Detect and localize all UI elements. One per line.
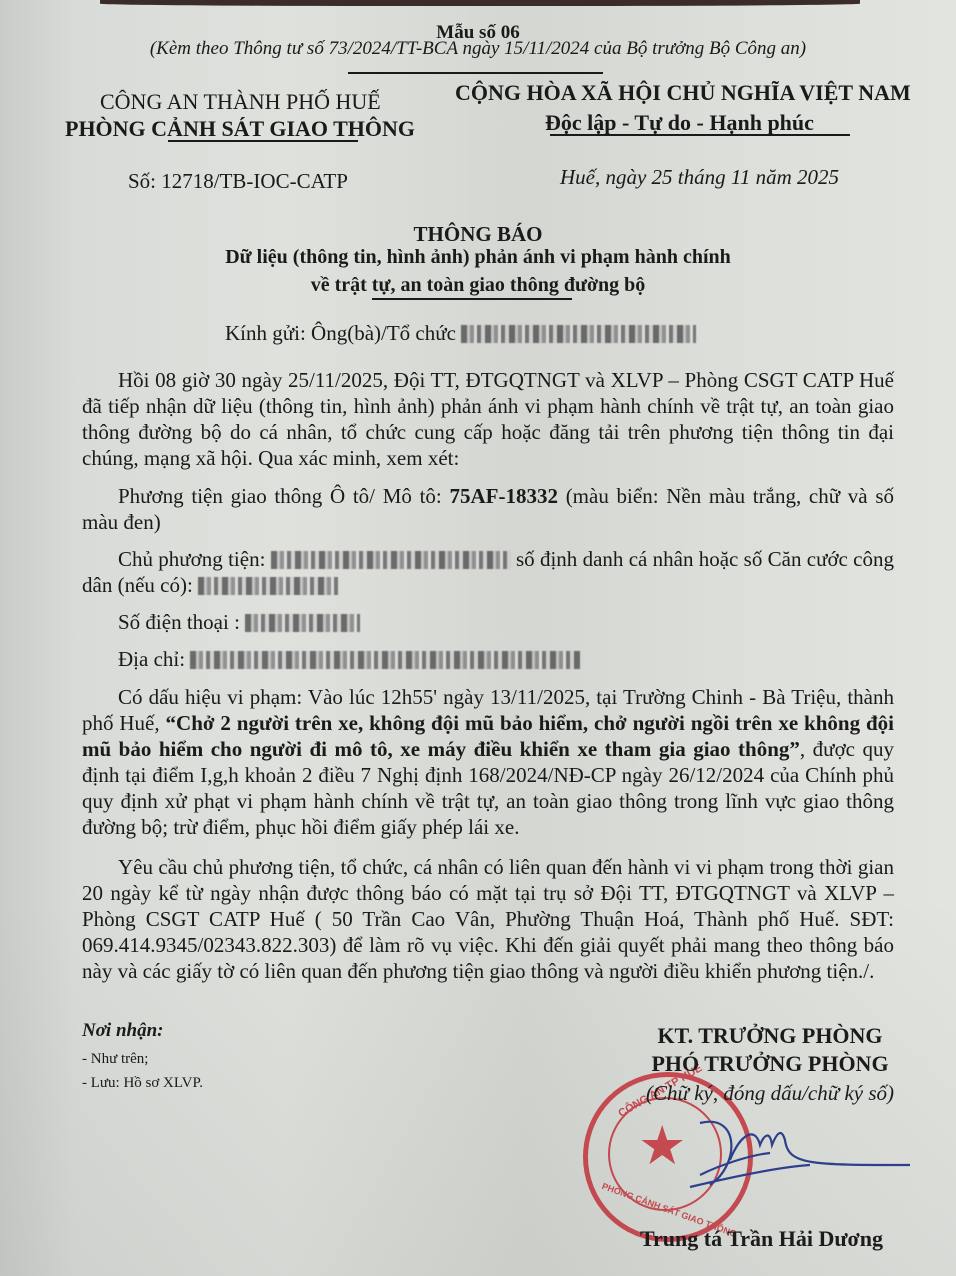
country-name: CỘNG HÒA XÃ HỘI CHỦ NGHĨA VIỆT NAM bbox=[455, 80, 911, 106]
phone-redacted bbox=[245, 614, 360, 632]
document-subtitle-2: về trật tự, an toàn giao thông đường bộ bbox=[0, 274, 956, 297]
request-paragraph: Yêu cầu chủ phương tiện, tổ chức, cá nhâ… bbox=[82, 854, 894, 984]
document-subtitle-1: Dữ liệu (thông tin, hình ảnh) phản ánh v… bbox=[0, 246, 956, 269]
vehicle-paragraph: Phương tiện giao thông Ô tô/ Mô tô: 75AF… bbox=[82, 483, 894, 535]
place-date: Huế, ngày 25 tháng 11 năm 2025 bbox=[560, 165, 839, 190]
recipient-item: - Lưu: Hồ sơ XLVP. bbox=[82, 1071, 203, 1095]
form-reference: (Kèm theo Thông tư số 73/2024/TT-BCA ngà… bbox=[0, 38, 956, 60]
recipient-line: Kính gửi: Ông(bà)/Tổ chức bbox=[225, 321, 696, 346]
phone-line: Số điện thoại : bbox=[118, 610, 360, 635]
phone-label: Số điện thoại : bbox=[118, 610, 245, 634]
owner-id-redacted bbox=[198, 577, 338, 595]
paper-top-edge bbox=[100, 0, 860, 6]
owner-paragraph: Chủ phương tiện: số định danh cá nhân ho… bbox=[82, 546, 894, 598]
handwritten-signature bbox=[660, 1105, 920, 1195]
agency-underline bbox=[168, 140, 358, 142]
signer-name: Trung tá Trần Hải Dương bbox=[640, 1226, 883, 1252]
vehicle-label: Phương tiện giao thông Ô tô/ Mô tô: bbox=[118, 484, 449, 508]
document-number: Số: 12718/TB-IOC-CATP bbox=[128, 169, 348, 194]
signature-title-2: PHÓ TRƯỞNG PHÒNG bbox=[600, 1051, 940, 1077]
owner-name-redacted bbox=[271, 551, 511, 569]
agency-name: PHÒNG CẢNH SÁT GIAO THÔNG bbox=[65, 116, 415, 142]
document-title: THÔNG BÁO bbox=[0, 222, 956, 247]
owner-label: Chủ phương tiện: bbox=[118, 547, 271, 571]
recipient-label: Kính gửi: Ông(bà)/Tổ chức bbox=[225, 321, 456, 345]
motto-underline bbox=[550, 134, 850, 136]
recipient-redacted bbox=[461, 325, 696, 343]
signature-note: (Chữ ký, đóng dấu/chữ ký số) bbox=[600, 1081, 940, 1106]
violation-paragraph: Có dấu hiệu vi phạm: Vào lúc 12h55' ngày… bbox=[82, 684, 894, 840]
recipients-title: Nơi nhận: bbox=[82, 1020, 163, 1042]
divider bbox=[348, 72, 603, 74]
recipient-item: - Như trên; bbox=[82, 1047, 203, 1071]
license-plate: 75AF-18332 bbox=[449, 484, 558, 508]
address-line: Địa chỉ: bbox=[118, 647, 580, 672]
agency-parent: CÔNG AN THÀNH PHỐ HUẾ bbox=[100, 89, 381, 115]
intro-paragraph: Hồi 08 giờ 30 ngày 25/11/2025, Đội TT, Đ… bbox=[82, 367, 894, 471]
address-redacted bbox=[190, 651, 580, 669]
signature-title-1: KT. TRƯỞNG PHÒNG bbox=[600, 1023, 940, 1049]
title-underline bbox=[372, 298, 572, 300]
motto: Độc lập - Tự do - Hạnh phúc bbox=[545, 110, 814, 136]
address-label: Địa chỉ: bbox=[118, 647, 190, 671]
violation-description: “Chở 2 người trên xe, không đội mũ bảo h… bbox=[82, 711, 894, 761]
recipients-list: - Như trên; - Lưu: Hồ sơ XLVP. bbox=[82, 1047, 203, 1095]
